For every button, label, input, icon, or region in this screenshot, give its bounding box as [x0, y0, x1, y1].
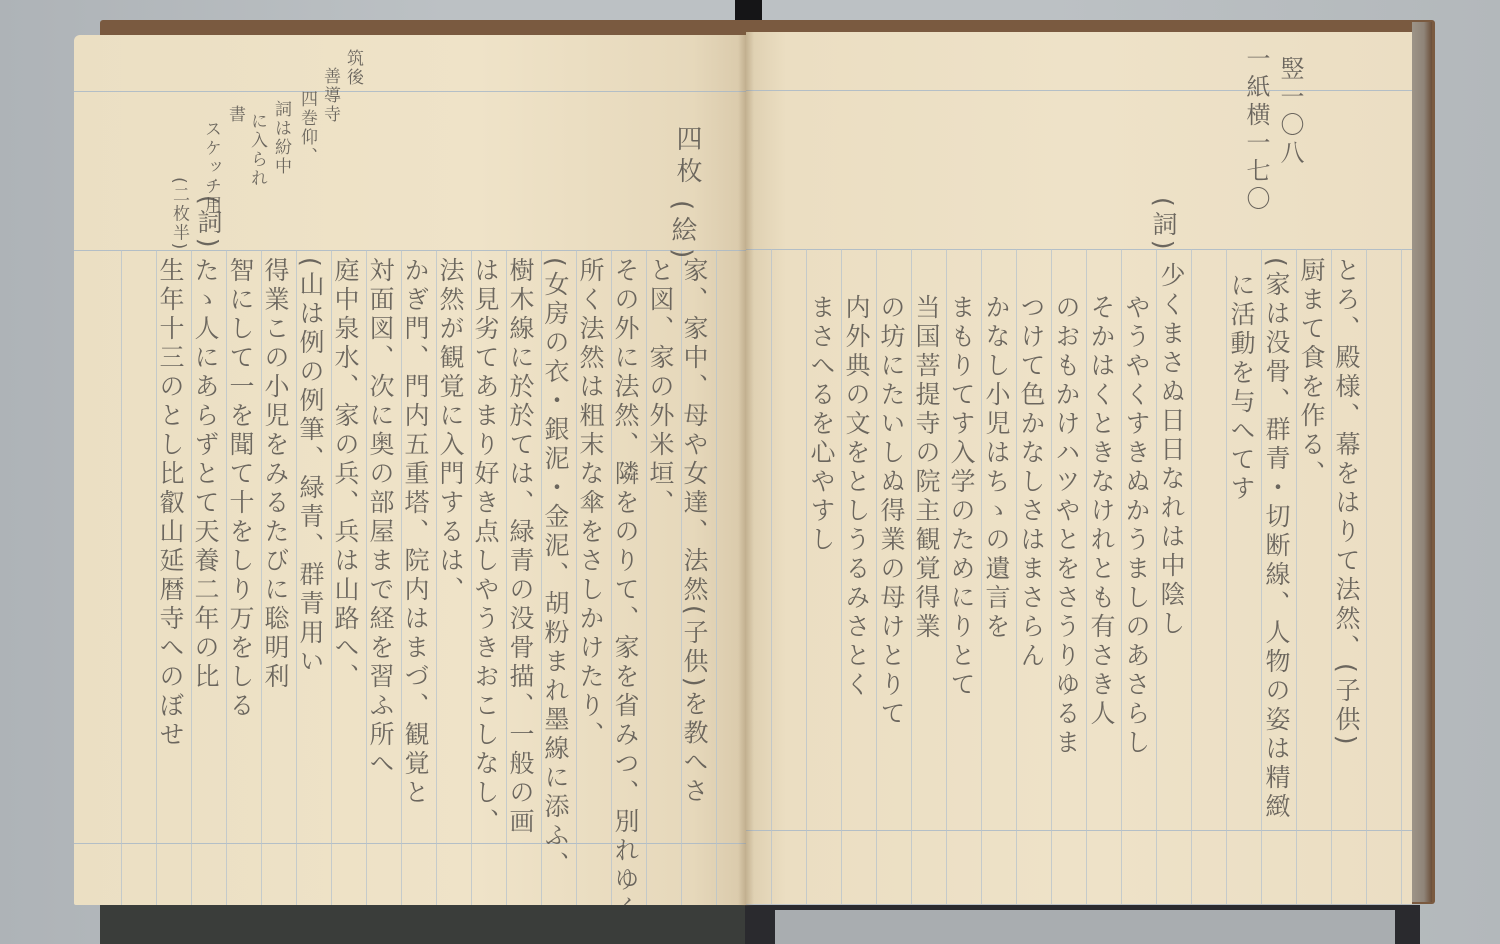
text-column: 厨まて食を作る、	[1299, 257, 1324, 489]
bottom-grey-card	[775, 910, 1395, 944]
text-column: 当国菩提寺の院主観覚得業	[914, 294, 939, 642]
text-column: その外に法然、隣をのりて、家を省みつ、別れゆく	[613, 257, 638, 905]
text-column: 内外典の文をとしうるみさとく	[844, 294, 869, 700]
text-column: つけて色かなしさはまさらん	[1019, 294, 1044, 671]
margin-note: 四巻仰、	[298, 90, 315, 166]
dimension-note-width: 一紙横一七〇	[1244, 46, 1268, 214]
page-count-note: 四枚	[674, 125, 700, 189]
text-column: の坊にたいしぬ得業の母けとりて	[879, 294, 904, 729]
text-column: 対面図、次に奥の部屋まで経を習ふ所へ	[368, 257, 393, 779]
text-column: 智にして一を聞て十をしり万をしる	[228, 257, 253, 721]
text-column: に活動を与へてす	[1229, 272, 1254, 504]
column-line	[1366, 249, 1367, 904]
column-line	[716, 250, 717, 905]
bottom-strip-left	[100, 905, 745, 944]
text-column: (女房の衣・銀泥・金泥、胡粉まれ墨線に添ふ、	[543, 257, 568, 880]
margin-note: に入られ	[248, 112, 265, 188]
column-line	[121, 250, 122, 905]
text-column: 庭中泉水、家の兵、兵は山路へ、	[333, 257, 358, 692]
text-column: (家は没骨、群青・切断線、人物の姿は精緻	[1264, 257, 1289, 822]
rule-line	[746, 90, 1412, 91]
book-gutter	[738, 30, 754, 906]
section-mark-picture: (絵)	[669, 200, 695, 264]
rule-line	[746, 830, 1412, 831]
text-column: 少くまさぬ日日なれは中陰し	[1159, 262, 1184, 639]
text-column: たゝ人にあらずとて天養二年の比	[193, 257, 218, 692]
text-column: は見劣てあまり好き点しやうきおこしなし、	[473, 257, 498, 837]
margin-note: 詞は紛中	[272, 100, 289, 176]
text-column: やうやくすきぬかうましのあさらし	[1124, 294, 1149, 758]
text-column: のおもかけハツやとをさうりゆるま	[1054, 294, 1079, 758]
column-line	[1401, 249, 1402, 904]
margin-note: 書	[226, 105, 243, 124]
right-page: 竪一〇八 一紙横一七〇 (詞) とろ、殿様、幕をはりて法然、(子供) 厨まて食を…	[746, 32, 1412, 904]
sub-note: (二枚半)	[170, 177, 187, 251]
text-column: とろ、殿様、幕をはりて法然、(子供)	[1334, 257, 1359, 749]
text-column: 樹木線に於於ては、緑青の没骨描、一般の画	[508, 257, 533, 837]
text-column: かぎ門、門内五重塔、院内はまづ、観覚と	[403, 257, 428, 808]
text-column: 得業この小児をみるたびに聡明利	[263, 257, 288, 692]
text-column: かなし小児はちゝの遺言を	[984, 294, 1009, 642]
rule-line	[74, 91, 746, 92]
column-line	[1191, 249, 1192, 904]
section-mark-text: (詞)	[1151, 197, 1176, 254]
text-column: 法然が観覚に入門するは、	[438, 257, 463, 605]
text-column: そかはくときなけれとも有さき人	[1089, 294, 1114, 729]
text-column: と図、家の外米垣、	[648, 257, 673, 518]
text-column: まもりてす入学のためにりとて	[949, 294, 974, 700]
text-column: 家、家中、母や女達、法然(子供)を教へさ	[682, 257, 707, 807]
dimension-note-height: 竪一〇八	[1278, 56, 1302, 168]
text-column: まさへるを心やすし	[809, 294, 834, 555]
rule-line	[746, 249, 1412, 250]
text-column: 所く法然は粗末な傘をさしかけたり、	[578, 257, 603, 750]
text-column: 生年十三のとし比叡山延暦寺へのぼせ	[158, 257, 183, 750]
margin-note: 筑後	[344, 49, 361, 87]
margin-note: 善導寺	[321, 67, 338, 124]
section-mark-text: (詞)	[196, 195, 221, 252]
cover-edge	[1412, 22, 1432, 902]
column-line	[771, 249, 772, 904]
left-page: 筑後 善導寺 四巻仰、 詞は紛中 に入られ 書 スケッチ用 (二枚半) (詞) …	[74, 35, 746, 905]
text-column: (山は例の例筆、緑青、群青用い	[298, 257, 323, 677]
